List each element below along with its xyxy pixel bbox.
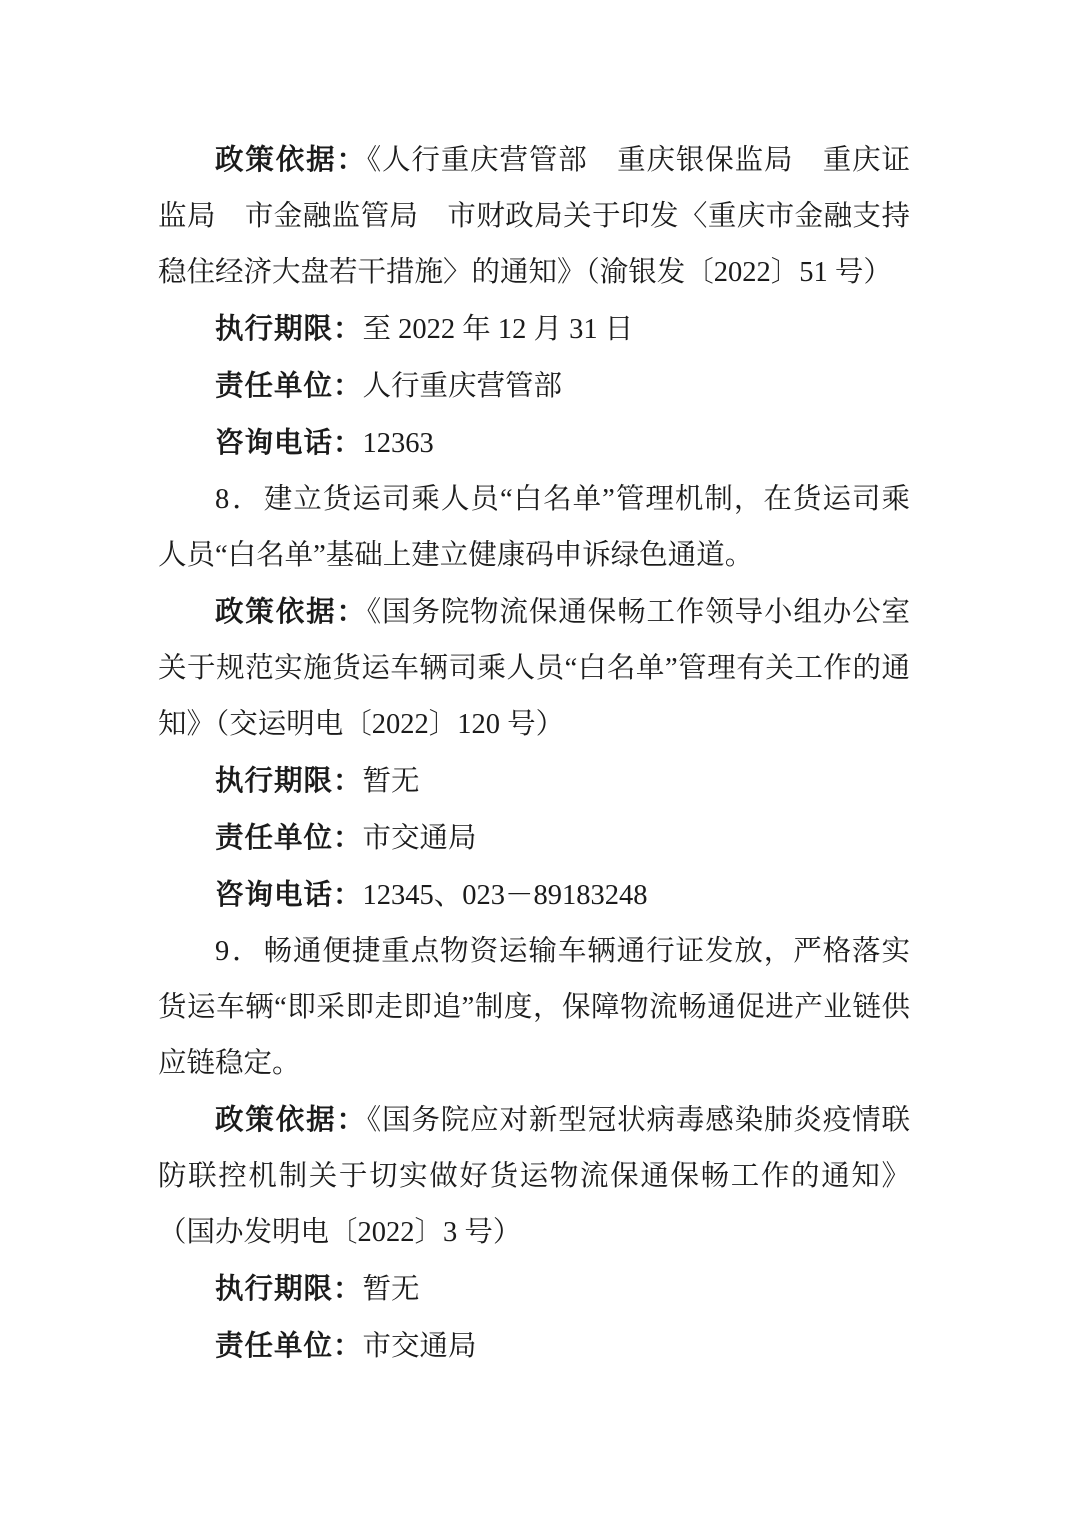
paragraph-text: 暂无 (363, 766, 420, 797)
paragraph-label: 责任单位： (215, 822, 363, 854)
paragraph-policy-basis: 政策依据：《国务院物流保通保畅工作领导小组办公室关于规范实施货运车辆司乘人员“白… (158, 584, 910, 753)
paragraph-text: 暂无 (363, 1274, 420, 1305)
paragraph-label: 政策依据： (215, 1104, 367, 1136)
paragraph-label: 政策依据： (215, 144, 367, 176)
paragraph-text: 市交通局 (363, 1331, 477, 1362)
paragraph-policy-basis: 政策依据：《国务院应对新型冠状病毒感染肺炎疫情联防联控机制关于切实做好货运物流保… (158, 1092, 910, 1261)
paragraph-label: 责任单位： (215, 1330, 363, 1362)
paragraph-text: 12345、023－89183248 (363, 880, 648, 911)
paragraph-consultation-phone: 咨询电话：12345、023－89183248 (158, 867, 910, 924)
paragraph-execution-period: 执行期限：暂无 (158, 1261, 910, 1318)
paragraph-responsible-unit: 责任单位：市交通局 (158, 810, 910, 867)
paragraph-text: 人行重庆营管部 (363, 371, 563, 402)
paragraph-text: 市交通局 (363, 823, 477, 854)
paragraph-text: 建立货运司乘人员“白名单”管理机制，在货运司乘人员“白名单”基础上建立健康码申诉… (158, 484, 910, 571)
item-number: 8． (215, 484, 264, 515)
paragraph-execution-period: 执行期限：暂无 (158, 753, 910, 810)
paragraph-measure-item: 9．畅通便捷重点物资运输车辆通行证发放，严格落实货运车辆“即采即走即追”制度，保… (158, 924, 910, 1092)
document-body: 政策依据：《人行重庆营管部 重庆银保监局 重庆证监局 市金融监管局 市财政局关于… (158, 132, 910, 1375)
paragraph-label: 执行期限： (215, 765, 363, 797)
item-number: 9． (215, 936, 264, 967)
paragraph-consultation-phone: 咨询电话：12363 (158, 415, 910, 472)
paragraph-label: 政策依据： (215, 596, 367, 628)
paragraph-label: 执行期限： (215, 1273, 363, 1305)
paragraph-responsible-unit: 责任单位：市交通局 (158, 1318, 910, 1375)
paragraph-text: 12363 (363, 428, 434, 459)
paragraph-text: 至 2022 年 12 月 31 日 (363, 314, 634, 345)
paragraph-label: 执行期限： (215, 313, 363, 345)
paragraph-responsible-unit: 责任单位：人行重庆营管部 (158, 358, 910, 415)
paragraph-policy-basis: 政策依据：《人行重庆营管部 重庆银保监局 重庆证监局 市金融监管局 市财政局关于… (158, 132, 910, 301)
paragraph-text: 畅通便捷重点物资运输车辆通行证发放，严格落实货运车辆“即采即走即追”制度，保障物… (158, 936, 910, 1079)
paragraph-execution-period: 执行期限：至 2022 年 12 月 31 日 (158, 301, 910, 358)
paragraph-label: 责任单位： (215, 370, 363, 402)
document-page: 政策依据：《人行重庆营管部 重庆银保监局 重庆证监局 市金融监管局 市财政局关于… (0, 0, 1074, 1520)
paragraph-label: 咨询电话： (215, 427, 363, 459)
paragraph-measure-item: 8．建立货运司乘人员“白名单”管理机制，在货运司乘人员“白名单”基础上建立健康码… (158, 472, 910, 584)
paragraph-label: 咨询电话： (215, 879, 363, 911)
